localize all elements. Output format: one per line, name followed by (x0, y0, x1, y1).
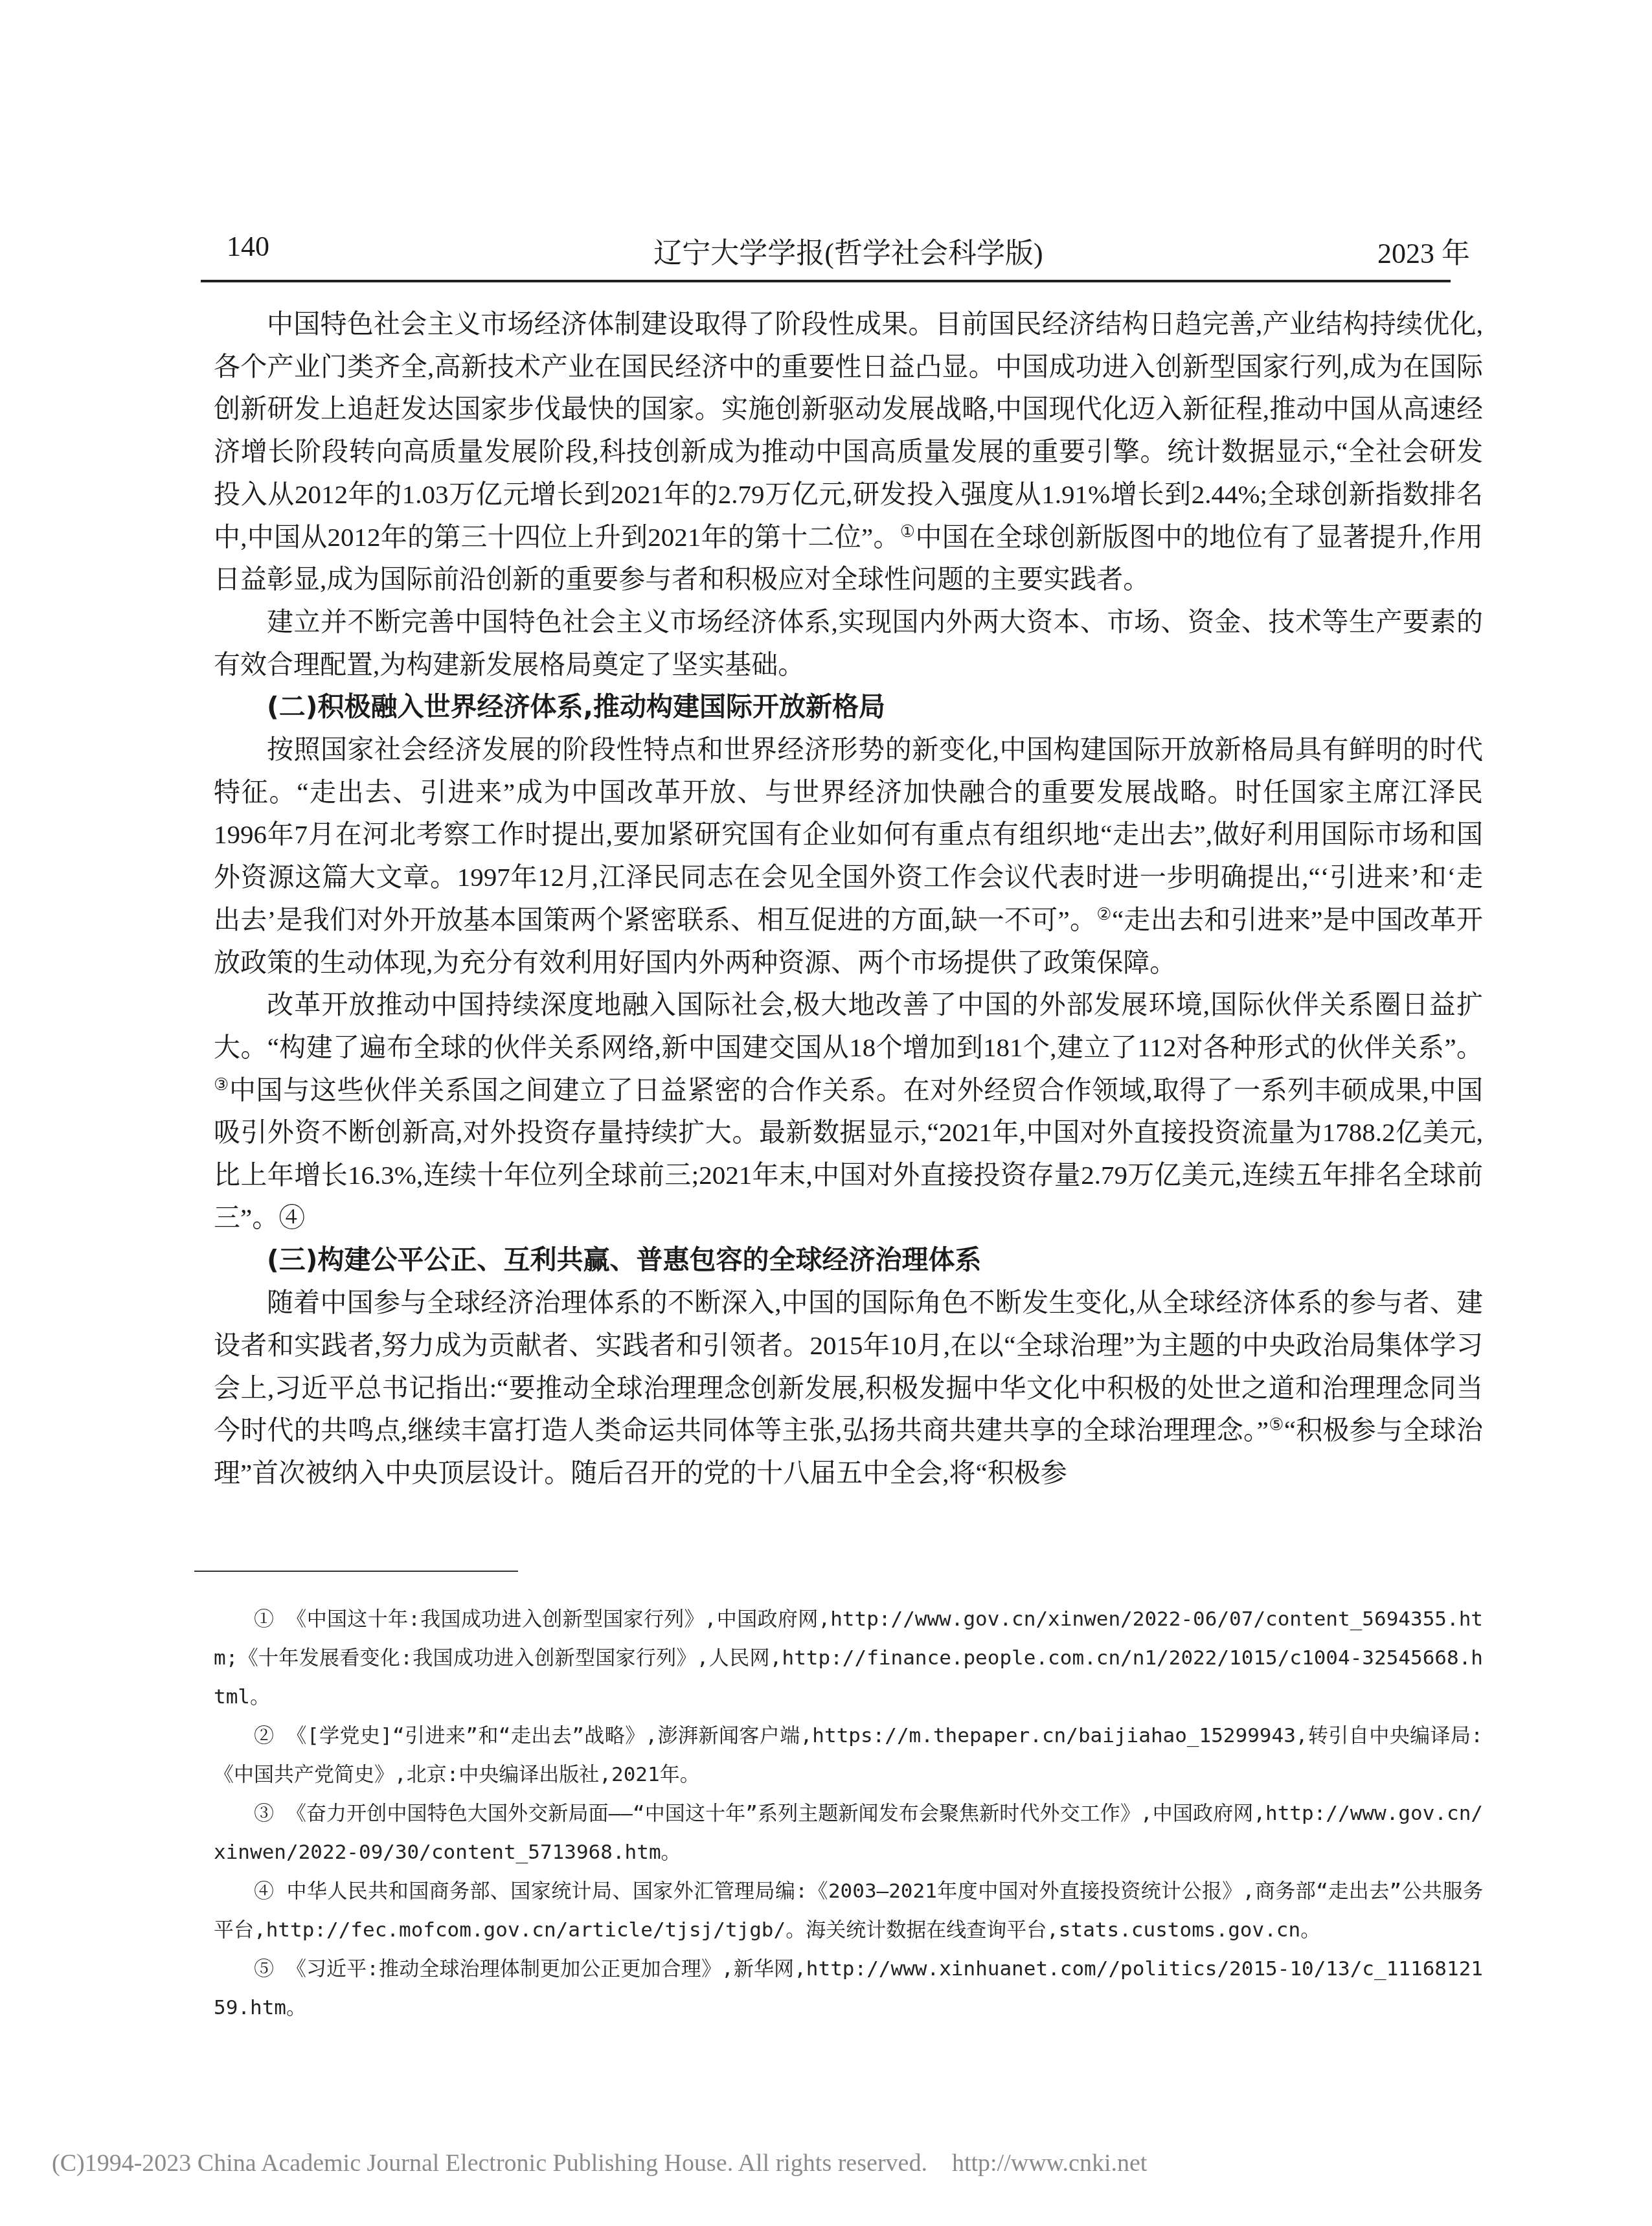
footnotes: ① 《中国这十年:我国成功进入创新型国家行列》,中国政府网,http://www… (214, 1600, 1483, 2027)
footnote-ref[interactable]: ⑤ (1269, 1415, 1284, 1434)
footnote-ref[interactable]: ① (900, 522, 916, 541)
section-heading: (二)积极融入世界经济体系,推动构建国际开放新格局 (214, 686, 1483, 729)
paragraph-text: 建立并不断完善中国特色社会主义市场经济体系,实现国内外两大资本、市场、资金、技术… (214, 607, 1483, 679)
footnote-ref[interactable]: ③ (214, 1075, 229, 1094)
publication-year: 2023 年 (1377, 230, 1470, 271)
footnote: ④ 中华人民共和国商务部、国家统计局、国家外汇管理局编:《2003—2021年度… (214, 1872, 1483, 1949)
journal-title: 辽宁大学学报(哲学社会科学版) (214, 230, 1483, 271)
paragraph: 改革开放推动中国持续深度地融入国际社会,极大地改善了中国的外部发展环境,国际伙伴… (214, 984, 1483, 1239)
paragraph: 中国特色社会主义市场经济体制建设取得了阶段性成果。目前国民经济结构日趋完善,产业… (214, 303, 1483, 601)
footnote-ref[interactable]: ② (1096, 905, 1112, 924)
running-header: 140 辽宁大学学报(哲学社会科学版) 2023 年 (214, 230, 1483, 269)
footnote: ② 《[学党史]“引进来”和“走出去”战略》,澎湃新闻客户端,https://m… (214, 1716, 1483, 1794)
footnote: ① 《中国这十年:我国成功进入创新型国家行列》,中国政府网,http://www… (214, 1600, 1483, 1716)
paragraph: 按照国家社会经济发展的阶段性特点和世界经济形势的新变化,中国构建国际开放新格局具… (214, 729, 1483, 984)
paragraph: 随着中国参与全球经济治理体系的不断深入,中国的国际角色不断发生变化,从全球经济体… (214, 1282, 1483, 1495)
article-body: 中国特色社会主义市场经济体制建设取得了阶段性成果。目前国民经济结构日趋完善,产业… (214, 303, 1483, 1495)
header-rule (201, 280, 1451, 282)
copyright-notice: (C)1994-2023 China Academic Journal Elec… (52, 2149, 1147, 2177)
footnote-separator (194, 1571, 518, 1572)
section-heading: (三)构建公平公正、互利共赢、普惠包容的全球经济治理体系 (214, 1239, 1483, 1282)
paragraph-text: 中国与这些伙伴关系国之间建立了日益紧密的合作关系。在对外经贸合作领域,取得了一系… (214, 1075, 1483, 1232)
footnote: ③ 《奋力开创中国特色大国外交新局面——“中国这十年”系列主题新闻发布会聚焦新时… (214, 1794, 1483, 1872)
paragraph-text: 中国特色社会主义市场经济体制建设取得了阶段性成果。目前国民经济结构日趋完善,产业… (214, 309, 1483, 552)
paragraph: 建立并不断完善中国特色社会主义市场经济体系,实现国内外两大资本、市场、资金、技术… (214, 601, 1483, 686)
paragraph-text: 改革开放推动中国持续深度地融入国际社会,极大地改善了中国的外部发展环境,国际伙伴… (214, 990, 1483, 1062)
footnote: ⑤ 《习近平:推动全球治理体制更加公正更加合理》,新华网,http://www.… (214, 1949, 1483, 2027)
